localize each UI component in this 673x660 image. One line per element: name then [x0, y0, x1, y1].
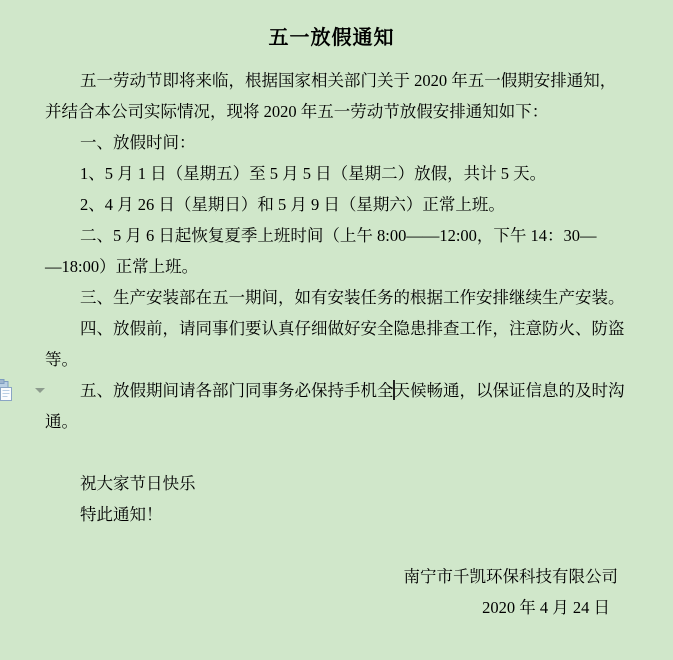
chevron-down-icon[interactable]	[35, 388, 45, 393]
blank-line[interactable]	[45, 437, 618, 468]
doc-line[interactable]: 等。	[45, 344, 618, 375]
doc-line[interactable]: 二、5 月 6 日起恢复夏季上班时间（上午 8:00——12:00，下午 14：…	[45, 220, 618, 251]
paste-options-button[interactable]	[0, 379, 53, 403]
caret-line-post: 天候畅通，以保证信息的及时沟	[394, 381, 625, 400]
doc-line-with-caret[interactable]: 五、放假期间请各部门同事务必保持手机全天候畅通，以保证信息的及时沟	[45, 375, 618, 406]
caret-line-pre: 五、放假期间请各部门同事务必保持手机全	[80, 381, 394, 400]
doc-line[interactable]: 一、放假时间：	[45, 127, 618, 158]
doc-line[interactable]: 四、放假前，请同事们要认真仔细做好安全隐患排查工作，注意防火、防盗	[45, 313, 618, 344]
doc-line[interactable]: 2、4 月 26 日（星期日）和 5 月 9 日（星期六）正常上班。	[45, 189, 618, 220]
doc-title[interactable]: 五一放假通知	[45, 22, 618, 54]
blank-line[interactable]	[45, 530, 618, 561]
doc-line[interactable]: 三、生产安装部在五一期间，如有安装任务的根据工作安排继续生产安装。	[45, 282, 618, 313]
document-page: 五一放假通知 五一劳动节即将来临，根据国家相关部门关于 2020 年五一假期安排…	[0, 0, 673, 660]
doc-line[interactable]: —18:00）正常上班。	[45, 251, 618, 282]
doc-line[interactable]: 1、5 月 1 日（星期五）至 5 月 5 日（星期二）放假，共计 5 天。	[45, 158, 618, 189]
doc-line[interactable]: 并结合本公司实际情况，现将 2020 年五一劳动节放假安排通知如下：	[45, 96, 618, 127]
doc-line[interactable]: 通。	[45, 406, 618, 437]
doc-line[interactable]: 五一劳动节即将来临，根据国家相关部门关于 2020 年五一假期安排通知，	[45, 65, 618, 96]
doc-line[interactable]: 祝大家节日快乐	[45, 468, 618, 499]
doc-line[interactable]: 特此通知！	[45, 499, 618, 530]
signature-date-line[interactable]: 2020 年 4 月 24 日	[45, 592, 618, 623]
clipboard-paste-icon	[0, 379, 15, 403]
signature-company-line[interactable]: 南宁市千凯环保科技有限公司	[45, 561, 618, 592]
document-text-area[interactable]: 五一放假通知 五一劳动节即将来临，根据国家相关部门关于 2020 年五一假期安排…	[45, 22, 618, 623]
